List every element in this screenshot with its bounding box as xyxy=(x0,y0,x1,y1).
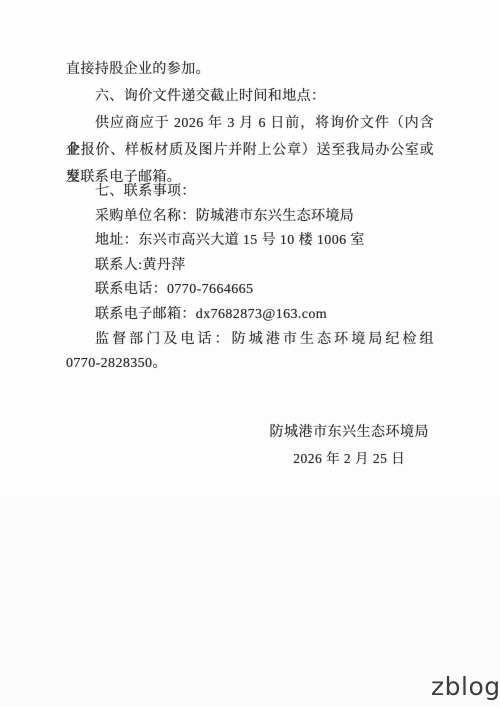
address-line: 地址：东兴市高兴大道 15 号 10 楼 1006 室 xyxy=(66,229,434,254)
section-heading-7: 七、联系事项： xyxy=(66,180,434,205)
signature-organization: 防城港市东兴生态环境局 xyxy=(270,419,430,446)
supervision-phone-line: 0770-2828350。 xyxy=(66,352,434,377)
document-line: 供应商应于 2026 年 3 月 6 日前，将询价文件（内含企 xyxy=(66,110,434,137)
contact-email-line: 联系电子邮箱：dx7682873@163.com xyxy=(66,303,434,328)
supervision-dept-line: 监督部门及电话：防城港市生态环境局纪检组 xyxy=(66,328,434,353)
section-heading-6: 六、询价文件递交截止时间和地点： xyxy=(66,83,434,110)
contact-person-line: 联系人:黄丹萍 xyxy=(66,254,434,279)
signature-block: 防城港市东兴生态环境局 2026 年 2 月 25 日 xyxy=(270,419,430,472)
document-page: 直接持股企业的参加。 六、询价文件递交截止时间和地点： 供应商应于 2026 年… xyxy=(0,0,500,707)
contact-phone-line: 联系电话：0770-7664665 xyxy=(66,278,434,303)
purchaser-name-line: 采购单位名称：防城港市东兴生态环境局 xyxy=(66,205,434,230)
contact-section: 七、联系事项： 采购单位名称：防城港市东兴生态环境局 地址：东兴市高兴大道 15… xyxy=(66,180,434,377)
signature-date: 2026 年 2 月 25 日 xyxy=(270,446,430,472)
document-line: 直接持股企业的参加。 xyxy=(66,56,434,83)
document-line: 业报价、样板材质及图片并附上公章）送至我局办公室或发 xyxy=(66,137,434,164)
watermark-text: zblog xyxy=(431,672,500,701)
paragraph-block-top: 直接持股企业的参加。 六、询价文件递交截止时间和地点： 供应商应于 2026 年… xyxy=(66,56,434,191)
